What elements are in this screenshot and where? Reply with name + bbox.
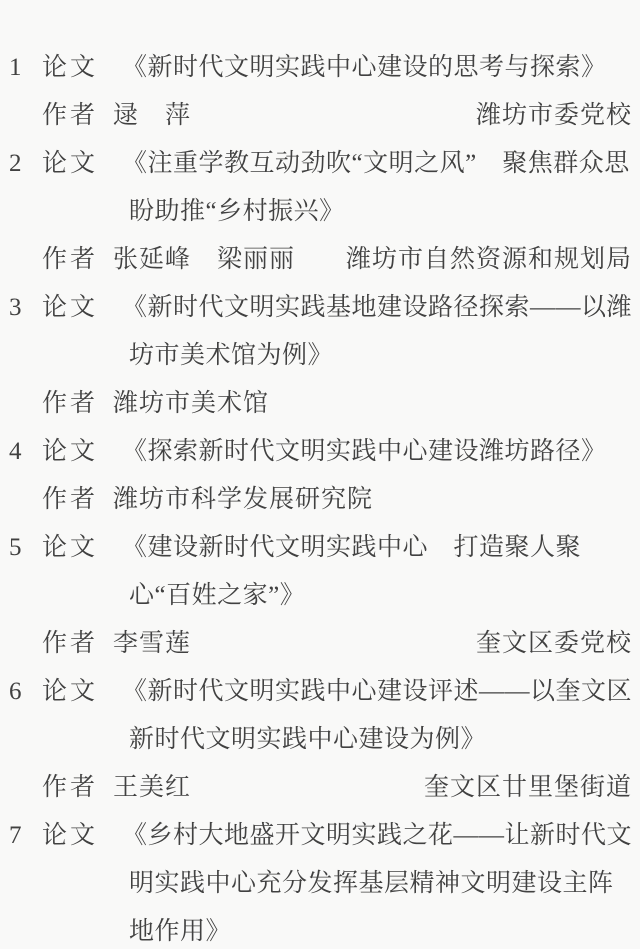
entry-affiliation: 奎文区廿里堡街道 [191, 764, 640, 812]
author-label: 作者 [42, 380, 113, 428]
entry-type-label: 论文 [42, 284, 122, 380]
title-row: 3 论文 《新时代文明实践基地建设路径探索——以潍坊市美术馆为例》 [0, 284, 640, 380]
entry-authors: 潍坊市美术馆 [113, 380, 269, 428]
author-row: 作者 潍坊市科学发展研究院 [0, 476, 640, 524]
entry-authors: 王美红 [113, 764, 191, 812]
entry-type-label: 论文 [42, 44, 122, 92]
entry-type-label: 论文 [42, 812, 122, 949]
entry-number: 1 [0, 44, 42, 92]
entry-type-label: 论文 [42, 668, 122, 764]
entry-title: 《新时代文明实践中心建设评述——以奎文区新时代文明实践中心建设为例》 [122, 668, 640, 764]
entry-affiliation [269, 380, 640, 428]
entry-type-label: 论文 [42, 140, 122, 236]
entry-authors: 张延峰 梁丽丽 [113, 236, 295, 284]
title-row: 5 论文 《建设新时代文明实践中心 打造聚人聚心“百姓之家”》 [0, 524, 640, 620]
author-row: 作者 李雪莲 奎文区委党校 [0, 620, 640, 668]
paper-entry: 1 论文 《新时代文明实践中心建设的思考与探索》 作者 逯 萍 潍坊市委党校 [0, 44, 640, 140]
entry-title: 《新时代文明实践中心建设的思考与探索》 [122, 44, 640, 92]
paper-entry: 3 论文 《新时代文明实践基地建设路径探索——以潍坊市美术馆为例》 作者 潍坊市… [0, 284, 640, 428]
document-page: 1 论文 《新时代文明实践中心建设的思考与探索》 作者 逯 萍 潍坊市委党校 2… [0, 0, 640, 949]
author-row-spacer [0, 380, 42, 428]
paper-entry: 2 论文 《注重学教互动劲吹“文明之风” 聚焦群众思盼助推“乡村振兴》 作者 张… [0, 140, 640, 284]
entry-number: 7 [0, 812, 42, 949]
entry-affiliation: 潍坊市委党校 [191, 92, 640, 140]
author-label: 作者 [42, 620, 113, 668]
entry-type-label: 论文 [42, 524, 122, 620]
entry-number: 5 [0, 524, 42, 620]
entry-authors: 潍坊市科学发展研究院 [113, 476, 373, 524]
author-row: 作者 王美红 奎文区廿里堡街道 [0, 764, 640, 812]
entry-affiliation [373, 476, 640, 524]
author-row-spacer [0, 476, 42, 524]
author-row-spacer [0, 764, 42, 812]
entry-title: 《乡村大地盛开文明实践之花——让新时代文明实践中心充分发挥基层精神文明建设主阵地… [122, 812, 640, 949]
author-row-spacer [0, 92, 42, 140]
title-row: 1 论文 《新时代文明实践中心建设的思考与探索》 [0, 44, 640, 92]
entry-authors: 李雪莲 [113, 620, 191, 668]
entry-affiliation: 奎文区委党校 [191, 620, 640, 668]
paper-entry: 4 论文 《探索新时代文明实践中心建设潍坊路径》 作者 潍坊市科学发展研究院 [0, 428, 640, 524]
title-row: 2 论文 《注重学教互动劲吹“文明之风” 聚焦群众思盼助推“乡村振兴》 [0, 140, 640, 236]
paper-entry: 5 论文 《建设新时代文明实践中心 打造聚人聚心“百姓之家”》 作者 李雪莲 奎… [0, 524, 640, 668]
entry-number: 4 [0, 428, 42, 476]
title-row: 6 论文 《新时代文明实践中心建设评述——以奎文区新时代文明实践中心建设为例》 [0, 668, 640, 764]
entry-title: 《新时代文明实践基地建设路径探索——以潍坊市美术馆为例》 [122, 284, 640, 380]
author-row-spacer [0, 620, 42, 668]
author-row: 作者 逯 萍 潍坊市委党校 [0, 92, 640, 140]
paper-list: 1 论文 《新时代文明实践中心建设的思考与探索》 作者 逯 萍 潍坊市委党校 2… [0, 44, 640, 949]
paper-entry: 6 论文 《新时代文明实践中心建设评述——以奎文区新时代文明实践中心建设为例》 … [0, 668, 640, 812]
entry-number: 2 [0, 140, 42, 236]
entry-title: 《建设新时代文明实践中心 打造聚人聚心“百姓之家”》 [122, 524, 640, 620]
author-label: 作者 [42, 236, 113, 284]
author-label: 作者 [42, 476, 113, 524]
entry-title: 《注重学教互动劲吹“文明之风” 聚焦群众思盼助推“乡村振兴》 [122, 140, 640, 236]
entry-number: 3 [0, 284, 42, 380]
author-row-spacer [0, 236, 42, 284]
entry-number: 6 [0, 668, 42, 764]
title-row: 7 论文 《乡村大地盛开文明实践之花——让新时代文明实践中心充分发挥基层精神文明… [0, 812, 640, 949]
title-row: 4 论文 《探索新时代文明实践中心建设潍坊路径》 [0, 428, 640, 476]
entry-affiliation: 潍坊市自然资源和规划局 [295, 236, 640, 284]
paper-entry: 7 论文 《乡村大地盛开文明实践之花——让新时代文明实践中心充分发挥基层精神文明… [0, 812, 640, 949]
author-row: 作者 潍坊市美术馆 [0, 380, 640, 428]
author-label: 作者 [42, 764, 113, 812]
entry-title: 《探索新时代文明实践中心建设潍坊路径》 [122, 428, 640, 476]
author-row: 作者 张延峰 梁丽丽 潍坊市自然资源和规划局 [0, 236, 640, 284]
author-label: 作者 [42, 92, 113, 140]
entry-type-label: 论文 [42, 428, 122, 476]
entry-authors: 逯 萍 [113, 92, 191, 140]
